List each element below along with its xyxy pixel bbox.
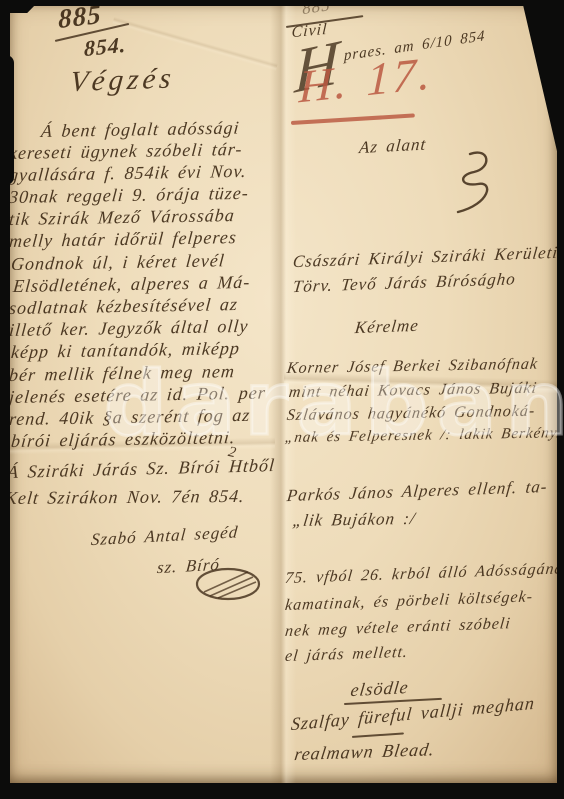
document-title: Végzés: [69, 62, 177, 99]
body-line: Gondnok úl, i kéret levél: [10, 250, 226, 275]
document-photo: 885 854. Végzés Á bent foglalt adóssági …: [0, 0, 564, 799]
defendant-line: „lik Bujákon :/: [292, 509, 417, 531]
closing-line: Kelt Szirákon Nov. 7én 854.: [4, 486, 246, 509]
body-line: melly határ időrül felperes: [8, 227, 238, 252]
petition-heading: Kérelme: [354, 316, 420, 338]
body-line: képp ki tanítandók, miképp: [10, 338, 241, 363]
body-line: rend. 40ik §a szerént fog az: [8, 405, 251, 430]
photo-edge-left-bump: [0, 55, 14, 185]
body-line: gyallására f. 854ik évi Nov.: [8, 161, 247, 186]
salutation-flourish: [430, 150, 494, 216]
body-line: bírói eljárás eszközöltetni.: [10, 427, 236, 452]
body-line: bér mellik félnek meg nem: [8, 361, 236, 386]
body-line: tik Szirák Mező Várossába: [8, 205, 236, 230]
body-line: Á bent foglalt adóssági: [40, 118, 240, 142]
body-line: kereseti ügynek szóbeli tár-: [8, 139, 243, 164]
docket-denominator: 854.: [84, 32, 126, 63]
body-line: illető ker. Jegyzők által olly: [8, 316, 249, 341]
signature-flourish: [190, 562, 262, 604]
salutation: Az alant: [358, 134, 427, 158]
photo-edge-top: [0, 0, 564, 6]
decision-word: elsödle: [349, 677, 410, 701]
body-line: 30nak reggeli 9. órája tüze-: [8, 183, 250, 208]
body-line: sodlatnak kézbesítésével az: [8, 294, 239, 319]
photo-edge-right: [557, 0, 564, 799]
body-line: Elsödletének, alperes a Má-: [12, 272, 251, 297]
photo-edge-bottom: [0, 783, 564, 799]
